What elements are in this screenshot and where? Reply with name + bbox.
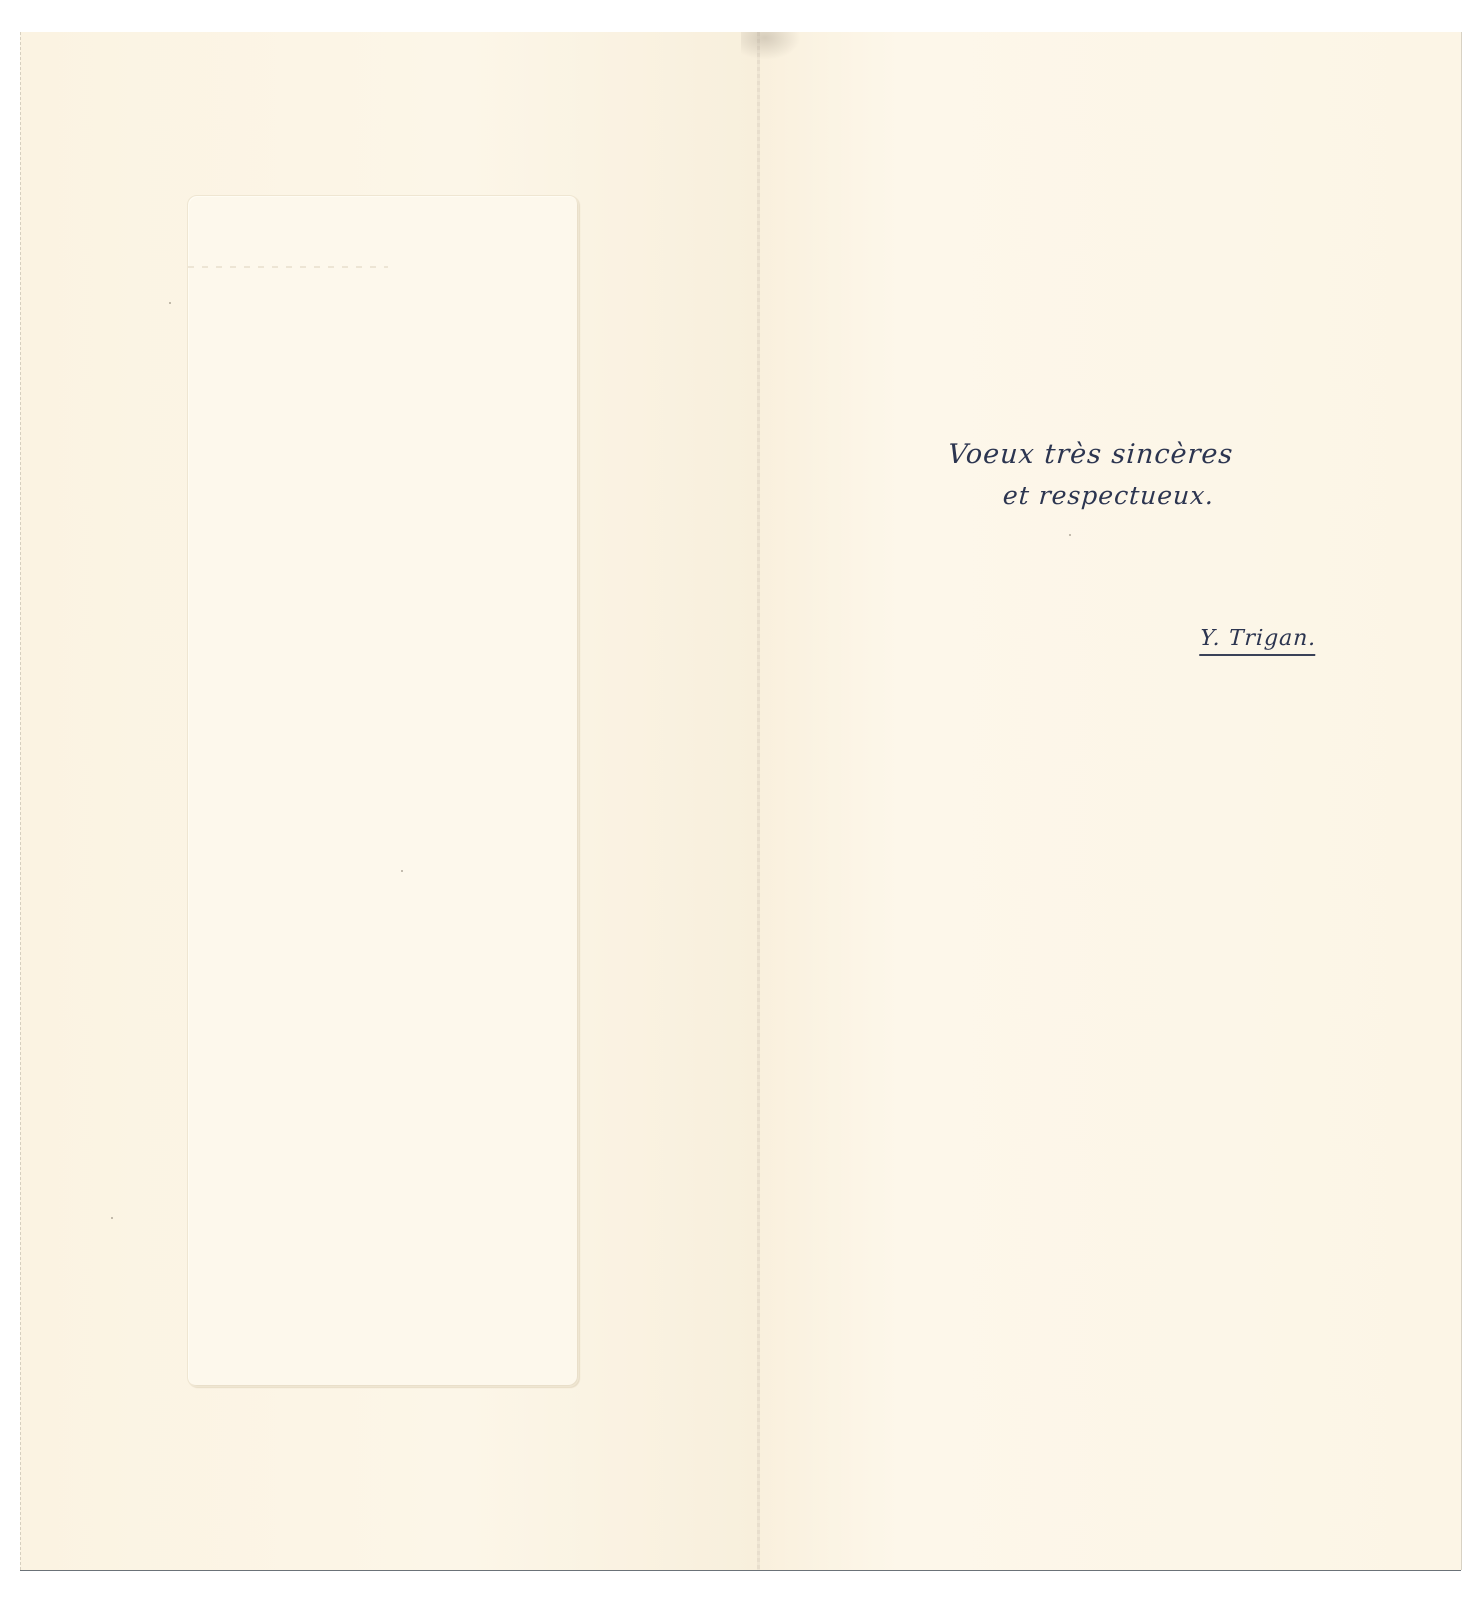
paper-speck — [111, 1217, 113, 1219]
signature: Y. Trigan. — [1199, 626, 1317, 656]
paper-speck — [169, 302, 171, 304]
card-left-panel — [21, 32, 759, 1570]
card-fold-line — [757, 32, 760, 1570]
paper-speck — [1069, 534, 1071, 536]
greeting-card: Voeux très sincères et respectueux. Y. T… — [20, 32, 1461, 1570]
paper-speck — [401, 870, 403, 872]
greeting-text-line-2: et respectueux. — [1002, 481, 1215, 510]
emboss-faint-mark — [188, 266, 388, 268]
card-right-panel — [759, 32, 1461, 1570]
fold-crease-mark — [741, 32, 801, 60]
greeting-text-line-1: Voeux très sincères — [947, 439, 1235, 470]
embossed-frame — [187, 195, 579, 1387]
